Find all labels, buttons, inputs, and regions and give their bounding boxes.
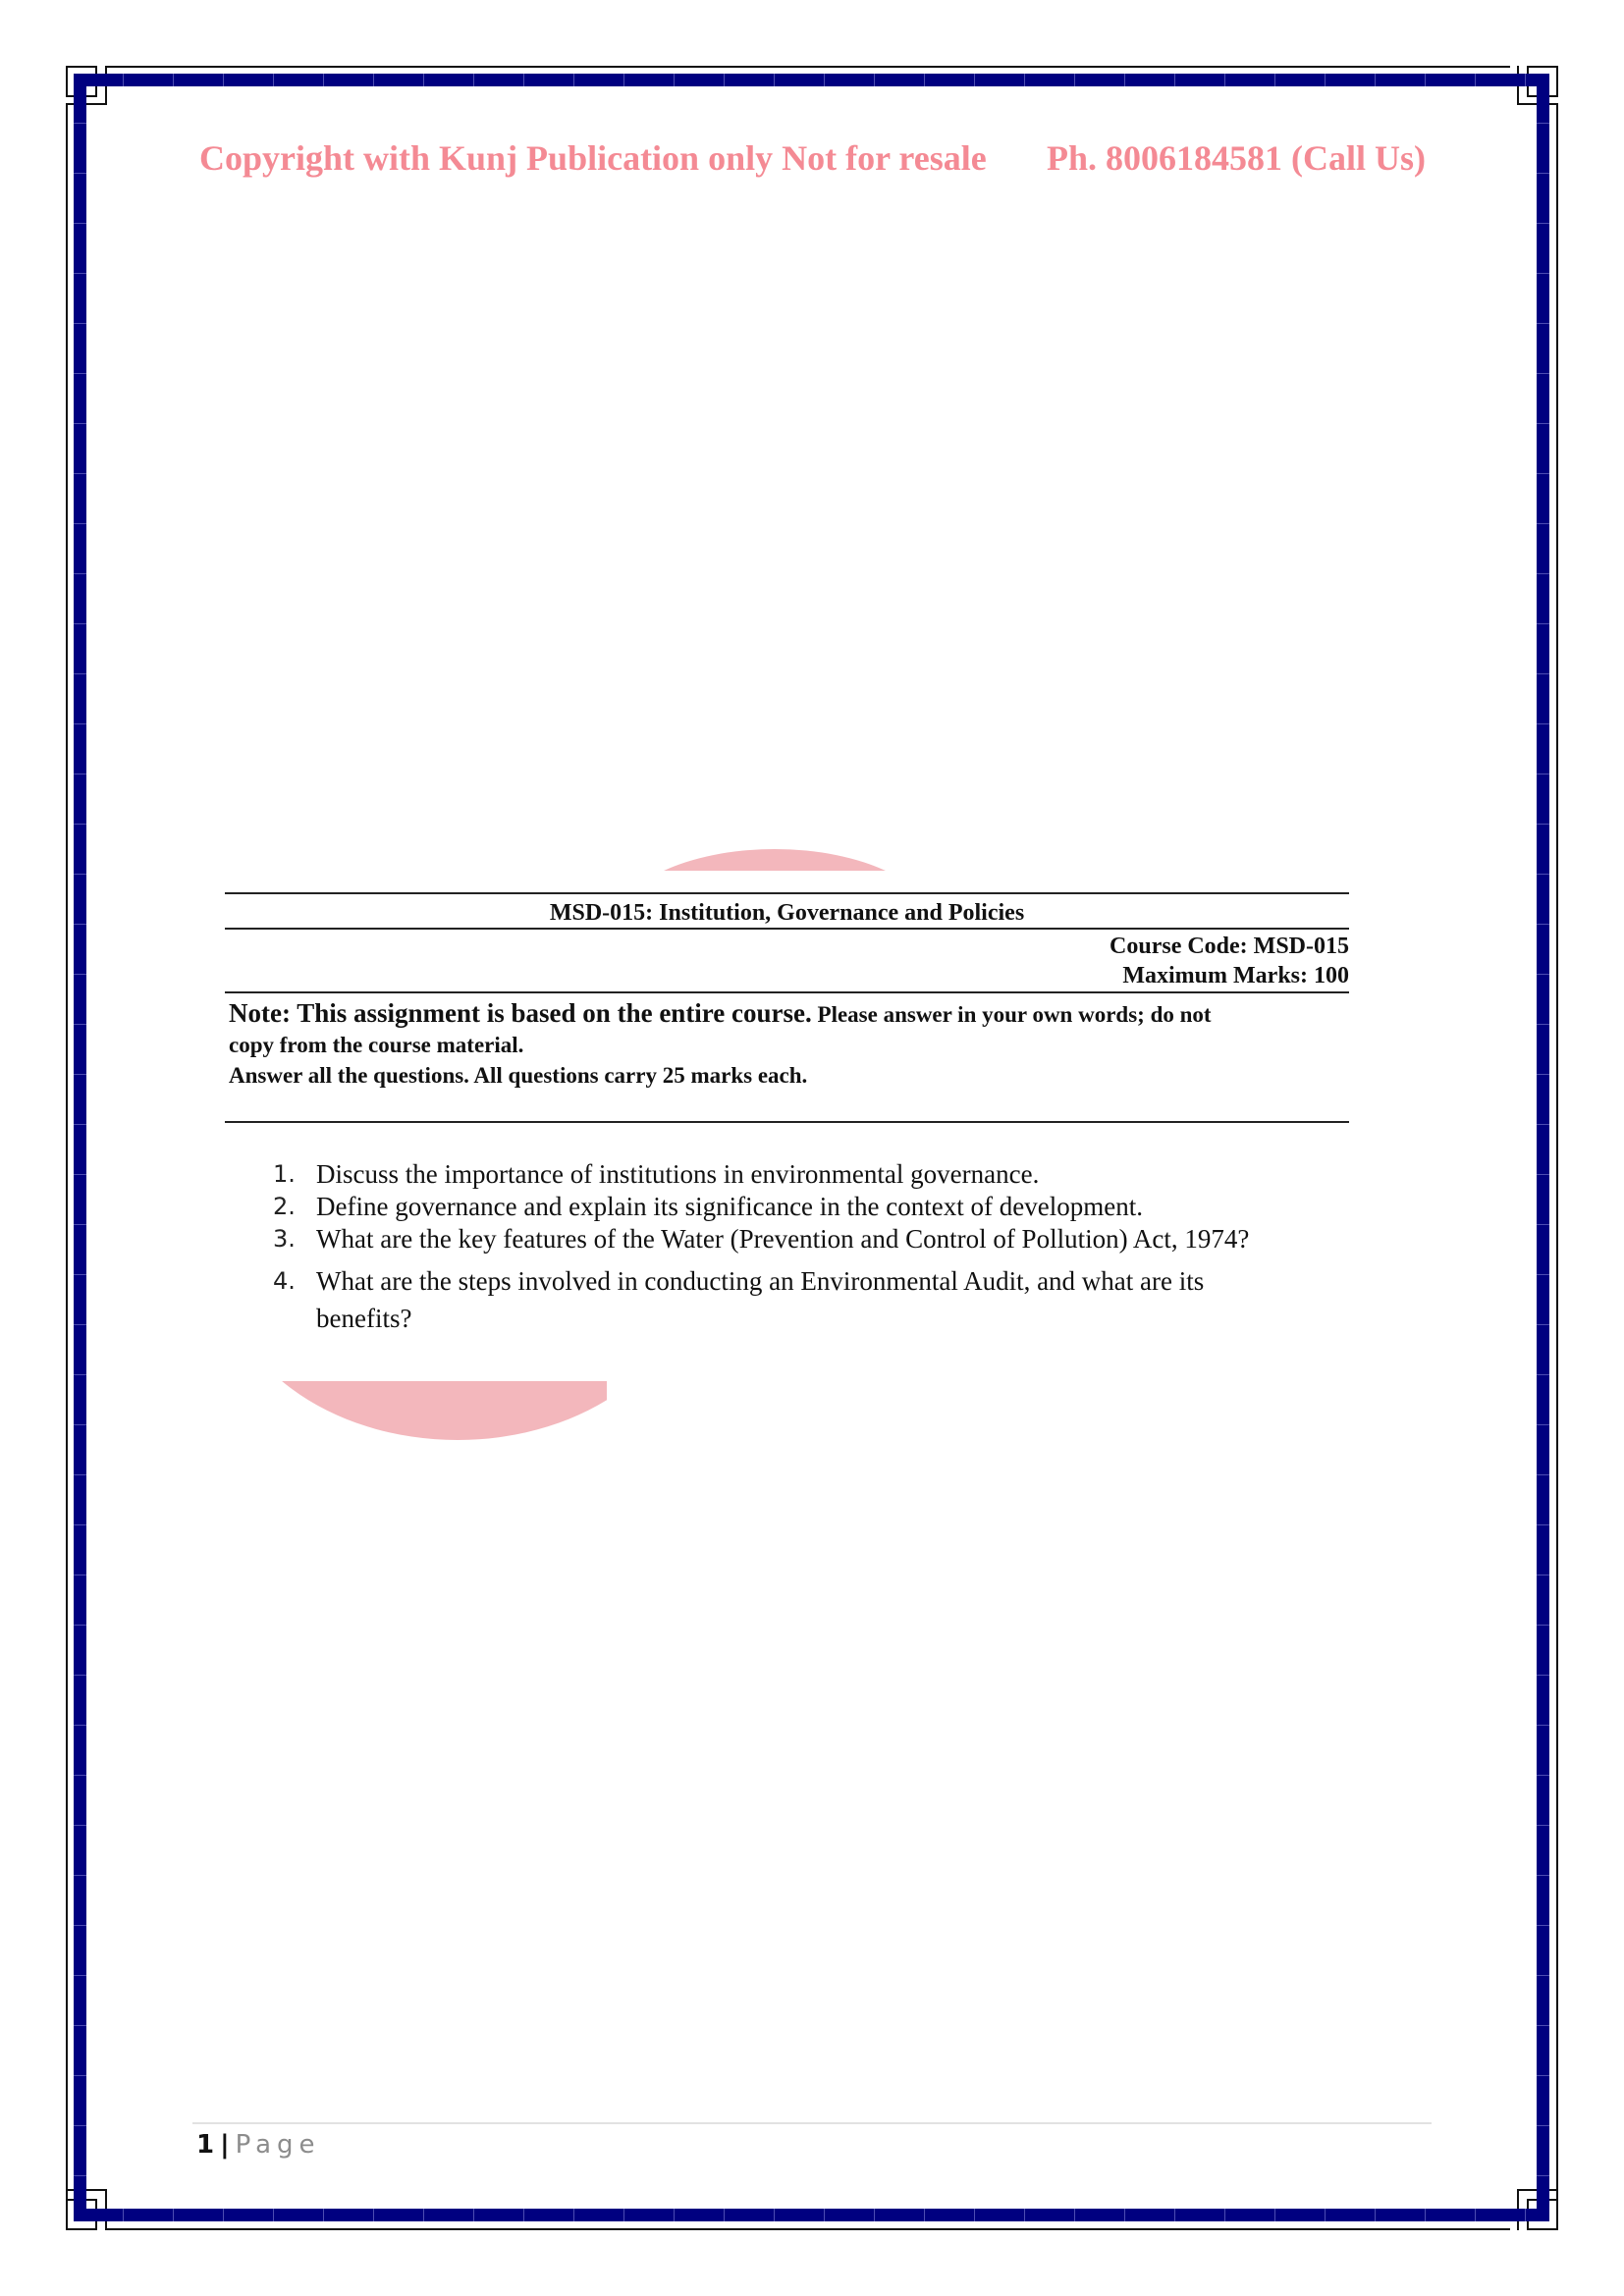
list-item: 2. Define governance and explain its sig…: [273, 1191, 1333, 1223]
question-number: 2.: [273, 1191, 316, 1223]
assignment-title: MSD-015: Institution, Governance and Pol…: [225, 899, 1349, 927]
list-item: 3. What are the key features of the Wate…: [273, 1223, 1333, 1255]
watermark-arc-bottom: [232, 1381, 607, 1440]
question-text: Define governance and explain its signif…: [316, 1191, 1143, 1223]
list-item: 4. What are the steps involved in conduc…: [273, 1262, 1333, 1337]
question-number: 4.: [273, 1262, 316, 1337]
page-number: 1: [196, 2130, 214, 2160]
note-line-1: Note: This assignment is based on the en…: [229, 998, 1353, 1030]
footer-separator: |: [220, 2130, 230, 2160]
divider: [225, 928, 1349, 930]
border-outer-bottom: [107, 2228, 1510, 2230]
watermark-arc-top: [653, 849, 896, 871]
border-outer-top: [107, 66, 1510, 68]
divider: [225, 991, 1349, 993]
max-marks: Maximum Marks: 100: [225, 961, 1349, 990]
question-text: What are the key features of the Water (…: [316, 1223, 1249, 1255]
list-item: 1. Discuss the importance of institution…: [273, 1158, 1333, 1191]
question-number: 3.: [273, 1223, 316, 1255]
footer-divider: [192, 2122, 1432, 2124]
border-outer-left: [66, 104, 68, 2204]
border-blue-bottom: [74, 2209, 1549, 2221]
question-number: 1.: [273, 1158, 316, 1191]
note-line-3: Answer all the questions. All questions …: [229, 1060, 1353, 1091]
question-text: What are the steps involved in conductin…: [316, 1262, 1278, 1337]
assignment-note: Note: This assignment is based on the en…: [229, 998, 1353, 1091]
page-footer: 1|Page: [196, 2130, 321, 2160]
phone-number: Ph. 8006184581 (Call Us): [1047, 137, 1426, 179]
note-lead: Note: This assignment is based on the en…: [229, 998, 812, 1028]
divider: [225, 892, 1349, 894]
border-blue-top: [74, 74, 1549, 86]
question-text: Discuss the importance of institutions i…: [316, 1158, 1039, 1191]
copyright-notice: Copyright with Kunj Publication only Not…: [199, 137, 987, 179]
question-list: 1. Discuss the importance of institution…: [273, 1158, 1333, 1337]
border-outer-right: [1556, 104, 1558, 2204]
page-label: Page: [236, 2130, 321, 2160]
divider: [225, 1121, 1349, 1123]
border-blue-left: [74, 74, 86, 2221]
note-rest: Please answer in your own words; do not: [818, 1002, 1212, 1027]
course-code: Course Code: MSD-015: [225, 932, 1349, 961]
note-line-2: copy from the course material.: [229, 1030, 1353, 1060]
border-blue-right: [1537, 74, 1549, 2221]
